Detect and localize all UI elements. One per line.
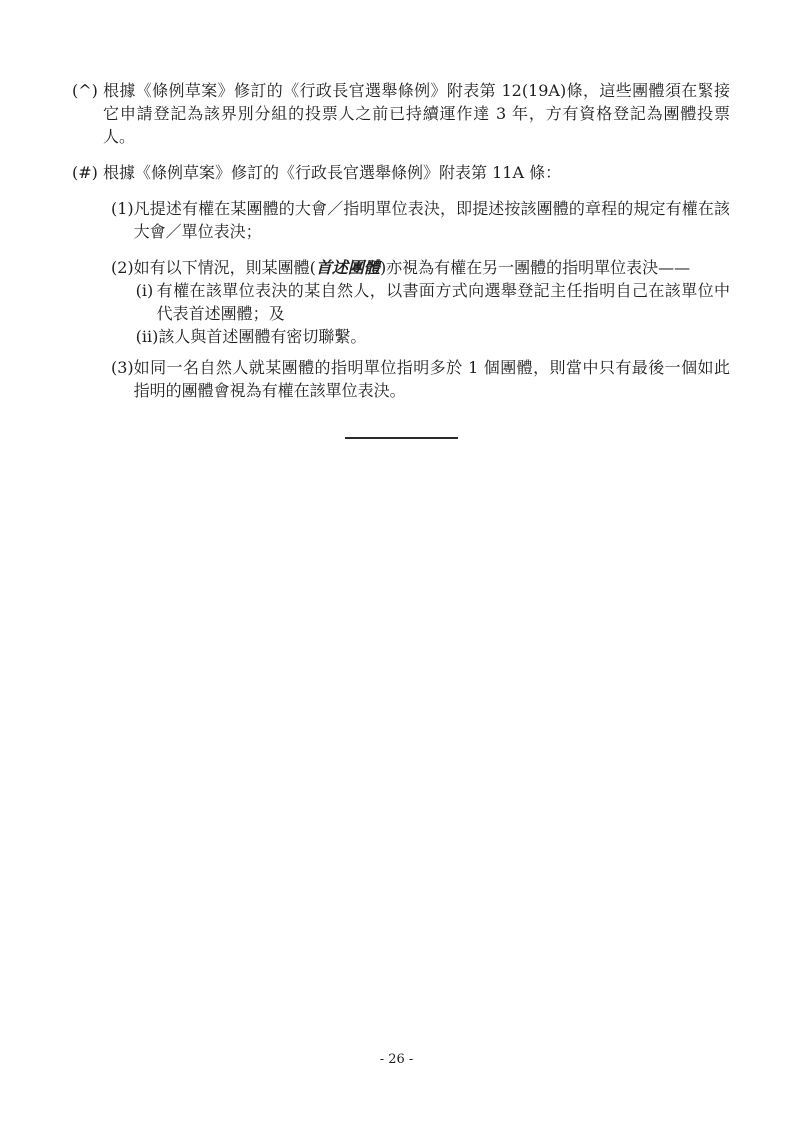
list-item-text: 如有以下情況，則某團體(首述團體)亦視為有權在另一團體的指明單位表決—— bbox=[134, 256, 730, 279]
list-item-text-post: )亦視為有權在另一團體的指明單位表決—— bbox=[380, 258, 690, 277]
document-page: (^) 根據《條例草案》修訂的《行政長官選舉條例》附表第 12(19A)條，這些… bbox=[0, 0, 793, 1122]
list-item-number: (2) bbox=[111, 256, 134, 348]
footnote-hash: (#) 根據《條例草案》修訂的《行政長官選舉條例》附表第 11A 條： (1) … bbox=[72, 161, 730, 402]
footnote-caret: (^) 根據《條例草案》修訂的《行政長官選舉條例》附表第 12(19A)條，這些… bbox=[72, 79, 730, 148]
list-item-number: (3) bbox=[111, 356, 134, 402]
sub-item-ii: (ii) 該人與首述團體有密切聯繫。 bbox=[136, 325, 730, 348]
footnote-body: 根據《條例草案》修訂的《行政長官選舉條例》附表第 11A 條： (1) 凡提述有… bbox=[103, 161, 730, 402]
footnote-marker: (#) bbox=[72, 161, 103, 402]
page-number: - 26 - bbox=[0, 1052, 793, 1068]
list-item-number: (1) bbox=[111, 197, 134, 243]
sub-item-number: (ii) bbox=[136, 325, 159, 348]
footnote-text: 根據《條例草案》修訂的《行政長官選舉條例》附表第 12(19A)條，這些團體須在… bbox=[103, 79, 730, 148]
emphasis-term: 首述團體 bbox=[316, 258, 380, 277]
list-item-text-pre: 如有以下情況，則某團體( bbox=[134, 258, 316, 277]
list-item-1: (1) 凡提述有權在某團體的大會／指明單位表決，即提述按該團體的章程的規定有權在… bbox=[111, 197, 730, 243]
list-item-text: 如同一名自然人就某團體的指明單位指明多於 1 個團體，則當中只有最後一個如此指明… bbox=[134, 356, 730, 402]
sub-item-text: 該人與首述團體有密切聯繫。 bbox=[158, 325, 730, 348]
footnotes-section: (^) 根據《條例草案》修訂的《行政長官選舉條例》附表第 12(19A)條，這些… bbox=[72, 79, 730, 439]
sub-item-number: (i) bbox=[136, 279, 157, 325]
footnote-marker: (^) bbox=[72, 79, 103, 148]
sub-item-text: 有權在該單位表決的某自然人，以書面方式向選舉登記主任指明自己在該單位中代表首述團… bbox=[157, 279, 730, 325]
list-item-text: 凡提述有權在某團體的大會／指明單位表決，即提述按該團體的章程的規定有權在該大會／… bbox=[134, 197, 730, 243]
list-item-2: (2) 如有以下情況，則某團體(首述團體)亦視為有權在另一團體的指明單位表決——… bbox=[111, 256, 730, 348]
sub-item-i: (i) 有權在該單位表決的某自然人，以書面方式向選舉登記主任指明自己在該單位中代… bbox=[136, 279, 730, 325]
section-end-rule bbox=[345, 437, 458, 439]
list-item-3: (3) 如同一名自然人就某團體的指明單位指明多於 1 個團體，則當中只有最後一個… bbox=[111, 356, 730, 402]
footnote-lead-text: 根據《條例草案》修訂的《行政長官選舉條例》附表第 11A 條： bbox=[103, 161, 730, 184]
list-item-body: 如有以下情況，則某團體(首述團體)亦視為有權在另一團體的指明單位表決—— (i)… bbox=[134, 256, 730, 348]
